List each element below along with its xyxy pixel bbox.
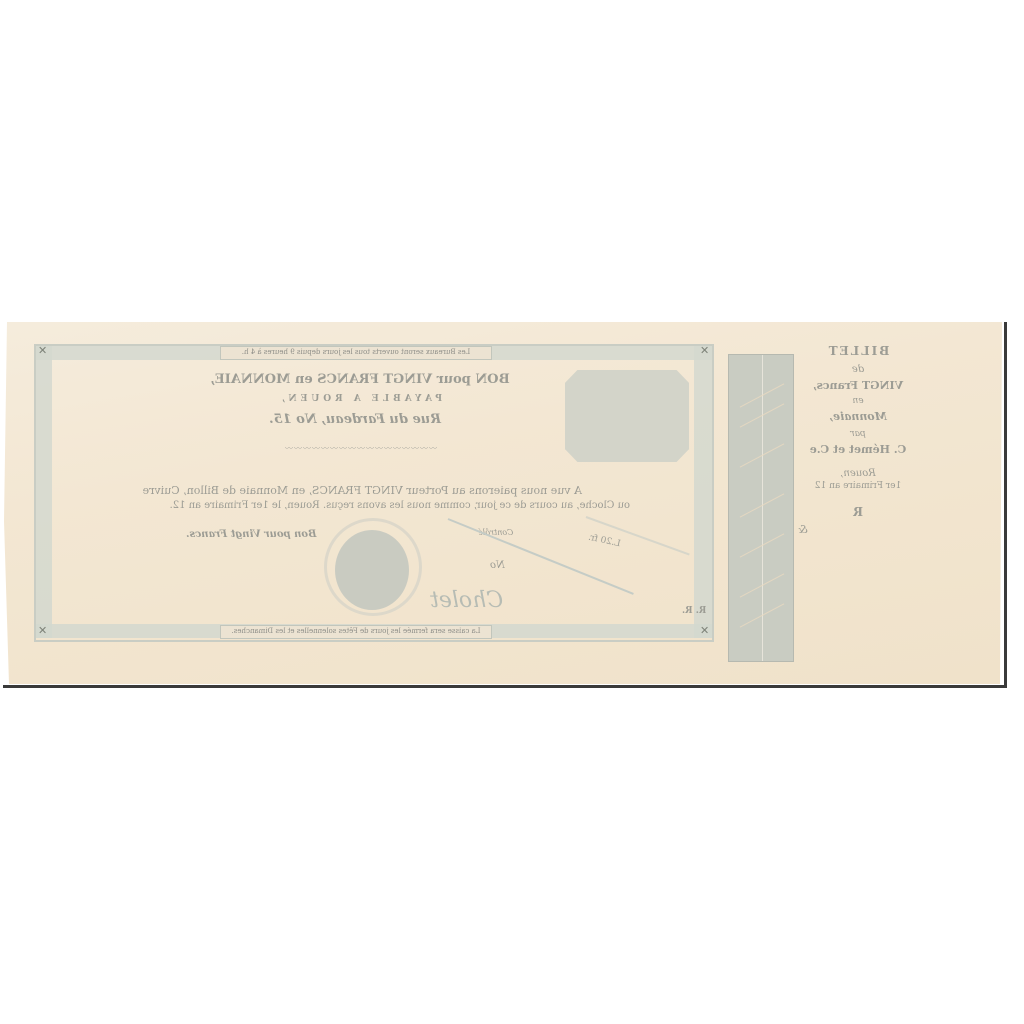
stub-line: Rouen, bbox=[798, 468, 918, 479]
address-line: Rue du Fardeau, No 15. bbox=[240, 412, 470, 427]
frame-band-right bbox=[694, 346, 712, 638]
number-label: No bbox=[490, 560, 505, 571]
ornament-rule: 〰〰〰〰〰〰〰〰〰〰〰〰〰〰〰〰〰 bbox=[285, 443, 438, 454]
stub-line: C. Hémet et C.e bbox=[798, 443, 918, 456]
stub-line: de bbox=[798, 364, 918, 375]
stub-line: en bbox=[798, 396, 918, 406]
top-band-notice: Les Bureaux seront ouverts tous les jour… bbox=[220, 346, 492, 360]
embossed-seal bbox=[335, 530, 409, 610]
stub-line: par bbox=[798, 429, 918, 439]
frame-band-left bbox=[36, 346, 52, 638]
corner-ornament-br: ✕ bbox=[700, 624, 709, 637]
stub-text: BILLET de VINGT Francs, en Monnaie, par … bbox=[798, 344, 918, 536]
stub-line: & bbox=[798, 523, 898, 536]
title-line: BON pour VINGT FRANCS en MONNAIE, bbox=[195, 372, 525, 387]
corner-ornament-tl: ✕ bbox=[38, 344, 47, 357]
payable-line: PAYABLE A ROUEN, bbox=[275, 394, 445, 404]
stub-line: R bbox=[798, 505, 918, 519]
initials: R. R. bbox=[682, 606, 706, 616]
scan-shadow-bottom bbox=[3, 685, 1007, 688]
stub-line: Monnaie, bbox=[798, 410, 918, 423]
promise-line-2: ou Cloche, au cours de ce jour, comme no… bbox=[120, 500, 630, 511]
scan-shadow-right bbox=[1004, 322, 1007, 688]
good-for-text: Bon pour Vingt Francs. bbox=[186, 529, 316, 540]
corner-ornament-tr: ✕ bbox=[700, 344, 709, 357]
corner-ornament-bl: ✕ bbox=[38, 624, 47, 637]
stub-line: BILLET bbox=[798, 344, 918, 358]
signature: Cholet bbox=[430, 588, 503, 613]
stub-line: 1er Frimaire an 12 bbox=[798, 481, 918, 491]
stub-line: VINGT Francs, bbox=[798, 379, 918, 392]
vignette-octagon bbox=[565, 370, 689, 462]
counterfoil-bar bbox=[728, 354, 794, 662]
bottom-band-notice: La caisse sera fermée les jours de Fêtes… bbox=[220, 625, 492, 639]
promise-line-1: A vue nous paierons au Porteur VINGT FRA… bbox=[62, 484, 582, 497]
